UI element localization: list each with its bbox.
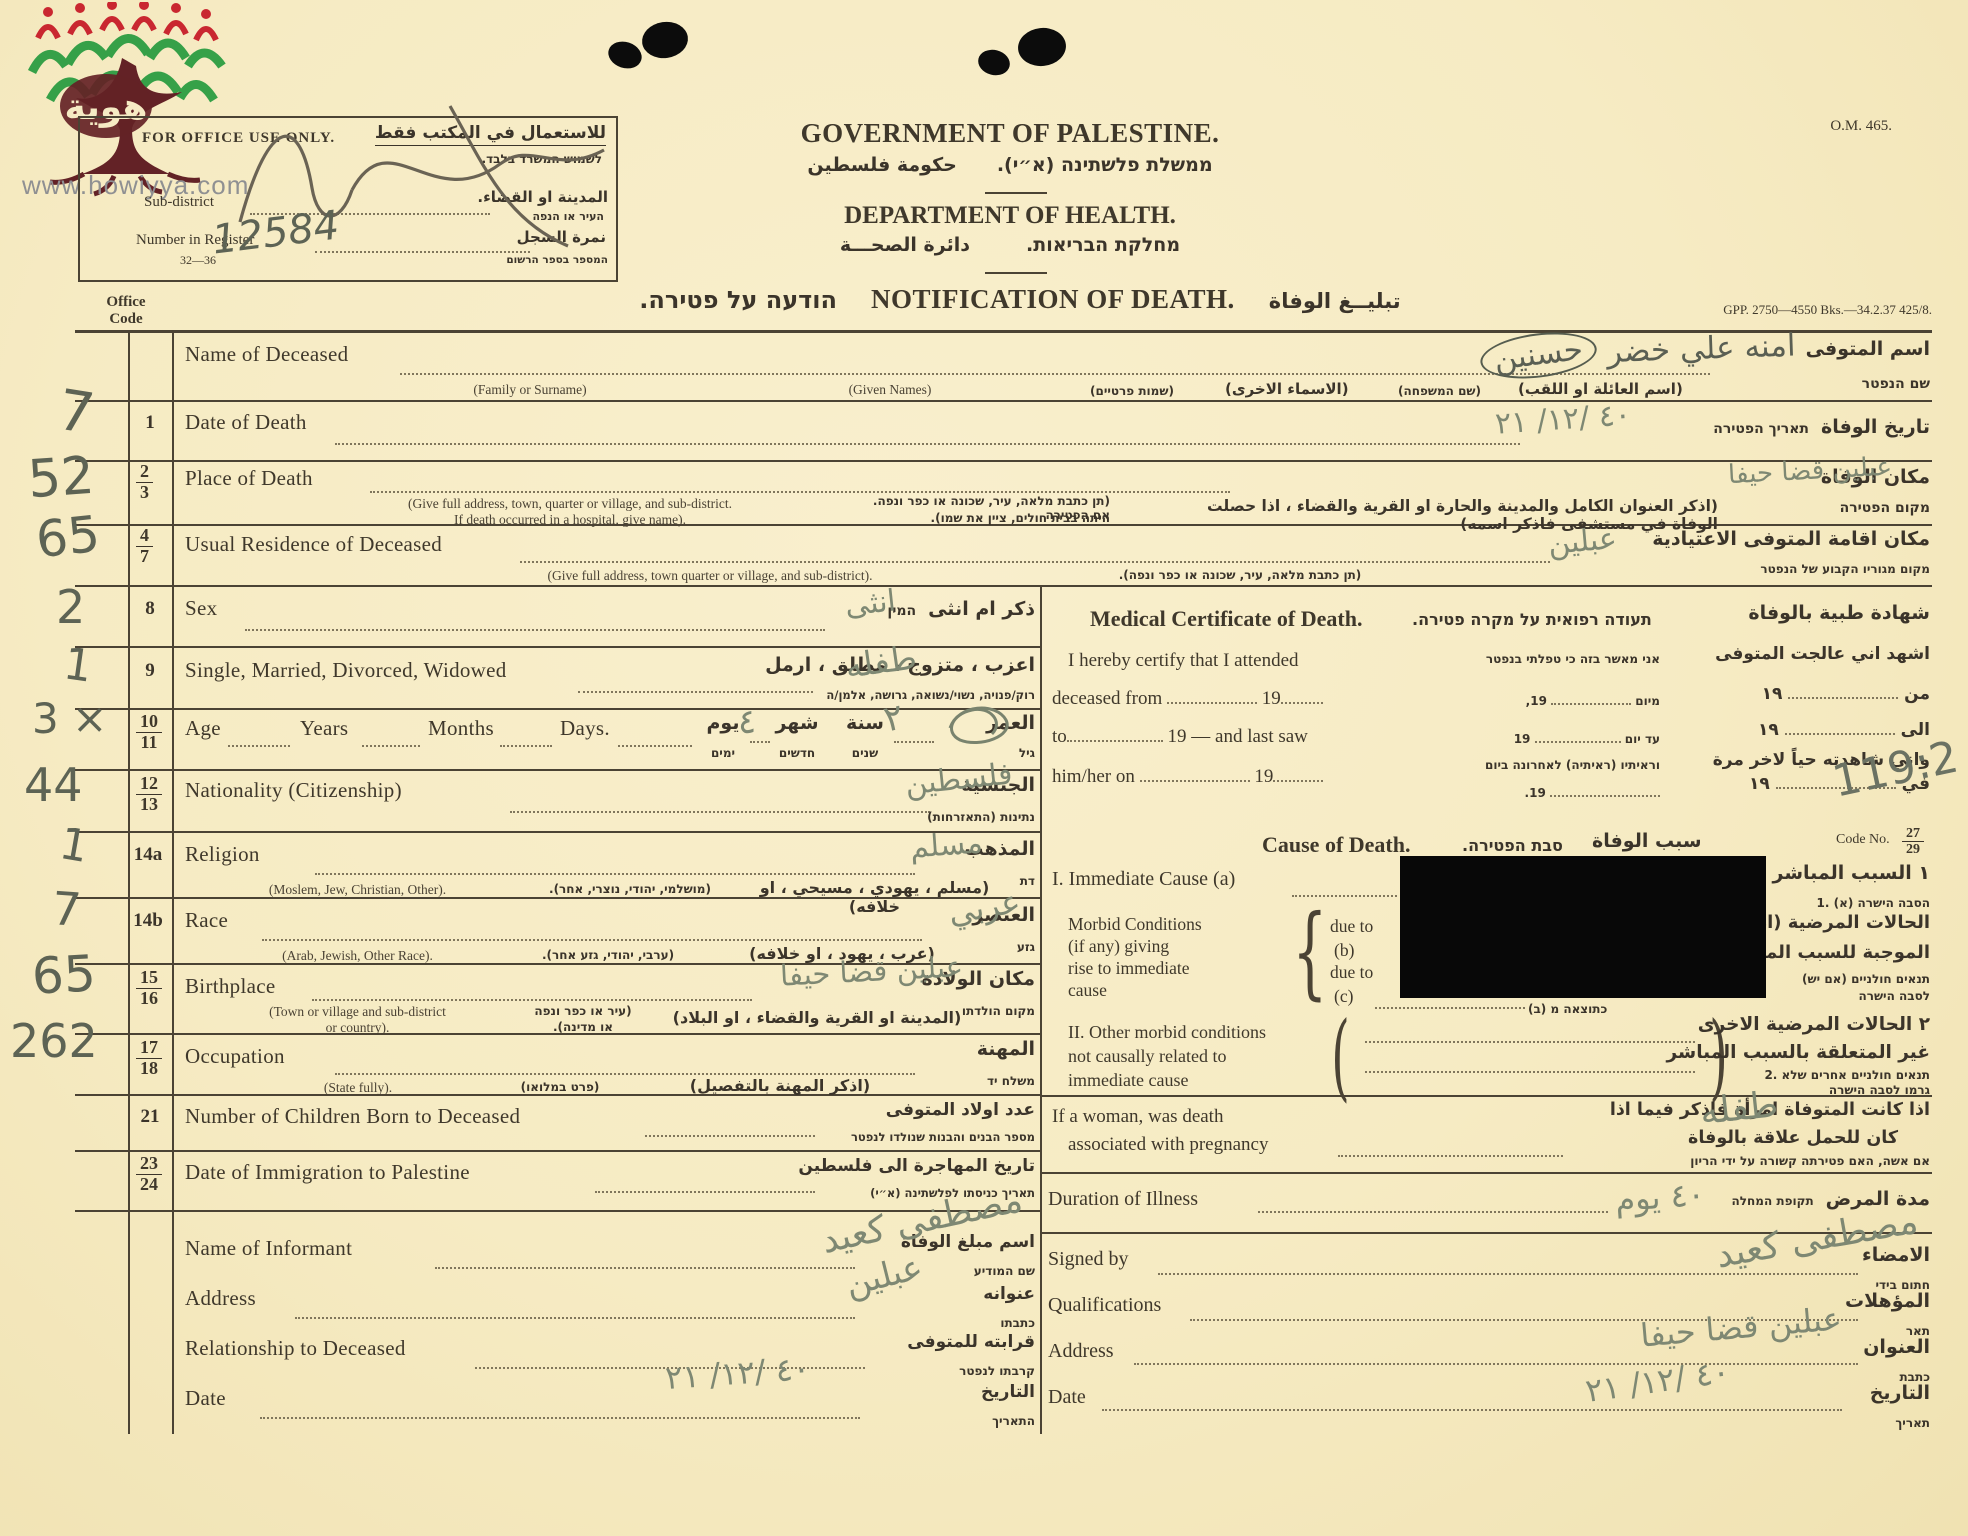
government-title-he: ממשלת פלשתינה (א״י). [997, 154, 1213, 176]
row-number-top: 17 [136, 1038, 162, 1059]
medical-year-19: 19 [1262, 688, 1281, 709]
occupation-label-ar: المهنة [977, 1038, 1035, 1060]
name-sub-given-ar: (الاسماء الاخرى) [1225, 380, 1349, 398]
redaction-box [1400, 856, 1766, 998]
informant-date-label-he: התאריך [992, 1414, 1035, 1428]
religion-sub-en: (Moslem, Jew, Christian, Other). [225, 882, 490, 898]
sex-field [245, 628, 825, 631]
age-months-label: Months [428, 716, 494, 741]
date-of-death-label: Date of Death [185, 410, 307, 435]
duration-value-handwriting: ٤٠ يوم [1614, 1175, 1706, 1219]
row-number: 9 [128, 660, 172, 682]
medical-year-19-ar: ١٩ [1749, 774, 1770, 794]
due-to-b-label: due to [1330, 916, 1373, 937]
cause-code-bottom: 29 [1906, 842, 1920, 857]
row-number-bottom: 3 [140, 483, 149, 503]
name-sub-given: (Given Names) [790, 382, 990, 398]
place-sub-he-2: היתה בבית חולים, ציין את שמו). [855, 511, 1110, 525]
other-morbid-label-2: not causally related to [1068, 1046, 1226, 1067]
table-line [75, 1150, 1042, 1152]
government-title-ar-he: حكومة فلسطين ממשלת פלשתינה (א״י). [560, 154, 1460, 176]
informant-name-field [435, 1266, 855, 1269]
row-number-bottom: 18 [140, 1059, 158, 1079]
cause-code-label: Code No. [1836, 832, 1890, 848]
row-number: 1011 [136, 712, 162, 753]
medical-year-19-he: 19 [1514, 732, 1531, 746]
race-field [262, 938, 922, 941]
government-title-ar: حكومة فلسطين [807, 154, 956, 176]
table-line [75, 769, 1042, 771]
punch-hole [640, 19, 691, 61]
table-line [75, 585, 1932, 587]
doctor-address-label: Address [1048, 1340, 1114, 1363]
religion-label: Religion [185, 842, 260, 867]
morbid-label-he-1: תנאים חולניים (אם יש) [1802, 972, 1930, 986]
due-to-c-label: due to [1330, 962, 1373, 983]
immigration-label-ar: تاريخ المهاجرة الى فلسطين [798, 1156, 1035, 1176]
result-he-label: כתוצאה מ (ב) [1528, 1002, 1607, 1016]
other-morbid-label-3: immediate cause [1068, 1070, 1188, 1091]
nationality-field [510, 810, 930, 813]
office-code-handwriting: 65 [31, 944, 98, 1005]
cause-title-he: סבת הפטירה. [1462, 836, 1563, 855]
medical-on-label: him/her on [1052, 766, 1135, 787]
occupation-sub-ar: (اذكر المهنة بالتفصيل) [660, 1076, 900, 1095]
name-value-main: امنه علي خضر [1606, 328, 1796, 371]
office-code-handwriting: 7 [50, 881, 83, 937]
scanned-death-notification-form: هوية www.howiyya.com FOR OFFICE USE ONLY… [0, 0, 1968, 1536]
residence-field [520, 560, 1550, 563]
form-reference-om: O.M. 465. [1830, 118, 1892, 135]
cause-title: Cause of Death. [1262, 832, 1411, 858]
informant-date-label: Date [185, 1386, 226, 1411]
other-morbid-label-he-1: תנאים חולניים אחרים שלא .2 [1764, 1068, 1930, 1082]
medical-title-he: תעודה רפואית על מקרה פטירה. [1412, 610, 1652, 629]
date-of-death-field [335, 442, 1520, 445]
due-to-c-field [1375, 1006, 1525, 1009]
name-sub-family: (Family or Surname) [430, 382, 630, 398]
nationality-label: Nationality (Citizenship) [185, 778, 402, 803]
row-number-bottom: 13 [140, 795, 158, 815]
residence-label-ar: مكان اقامة المتوفى الاعتيادية [1652, 528, 1930, 550]
nationality-label-he: נתינות (התאזרחות) [927, 810, 1035, 824]
date-of-death-label-rtl: תאריך הפטירה تاريخ الوفاة [1713, 416, 1930, 438]
morbid-label-1: Morbid Conditions [1068, 914, 1202, 935]
row-number-top: 15 [136, 968, 162, 989]
place-sub-en-1: (Give full address, town, quarter or vil… [335, 496, 805, 512]
row-number: 2324 [136, 1154, 162, 1195]
medical-to-line-ar: الى ١٩ [1758, 720, 1930, 740]
medical-year-19-he: 19, [1526, 694, 1547, 708]
doctor-date-label-ar: التاريخ [1870, 1382, 1930, 1404]
race-sub-en: (Arab, Jewish, Other Race). [235, 948, 480, 964]
office-code-handwriting: 7 [53, 378, 98, 448]
signed-by-field [1158, 1272, 1858, 1275]
row-number: 23 [136, 462, 153, 503]
name-value-circled: حسنين [1478, 326, 1600, 384]
signed-by-label: Signed by [1048, 1248, 1129, 1271]
row-number: 47 [136, 526, 153, 567]
informant-date-value-handwriting: ٤٠ /١٢/ ٢١ [664, 1349, 811, 1397]
place-of-death-field [370, 490, 1230, 493]
header-divider-2 [985, 272, 1047, 274]
office-code-label: Office Code [95, 294, 157, 329]
department-title-ar: دائرة الصحـــة [840, 234, 970, 256]
table-line [1040, 585, 1042, 1434]
medical-to-label: to [1052, 726, 1067, 747]
pregnancy-label-1: If a woman, was death [1052, 1106, 1223, 1128]
name-sub-given-he: (שמות פרטיים) [1090, 384, 1174, 398]
age-label: Age [185, 716, 221, 741]
table-line [75, 400, 1932, 402]
age-months-value-handwriting: ٤ [738, 702, 756, 742]
birthplace-field [312, 998, 752, 1001]
race-sub-he: (ערבי, יהודי, גזע אחר). [498, 948, 718, 962]
age-years-label: Years [300, 716, 348, 741]
religion-field [315, 872, 915, 875]
age-field [618, 744, 692, 747]
medical-from-line: deceased from 19 [1052, 688, 1323, 710]
immigration-label: Date of Immigration to Palestine [185, 1160, 470, 1185]
office-code-handwriting: 65 [33, 505, 102, 569]
medical-line1: I hereby certify that I attended [1068, 650, 1299, 672]
age-field [894, 740, 934, 743]
table-line [128, 330, 130, 1434]
row-number: 1213 [136, 774, 162, 815]
occupation-label-he: משלח יד [987, 1074, 1035, 1088]
government-title: GOVERNMENT OF PALESTINE. [560, 118, 1460, 149]
morbid-label-ar-1: الحالات المرضية (اذا [1752, 912, 1930, 933]
medical-year-19: 19 [1254, 766, 1273, 787]
row-number-bottom: 24 [140, 1175, 158, 1195]
header-divider [985, 192, 1047, 194]
other-morbid-label-ar-2: غير المتعلقة بالسبب المباشر [1667, 1042, 1930, 1063]
form-title-en: NOTIFICATION OF DEATH. [871, 284, 1235, 315]
row-number-top: 4 [136, 526, 153, 547]
sex-value-handwriting: انثى [843, 583, 897, 623]
row-number-bottom: 16 [140, 989, 158, 1009]
children-label-he: מספר הבנים והבנות שנולדו לנפטר [851, 1130, 1035, 1144]
cause-code-number: 2729 [1902, 826, 1924, 858]
medical-last-saw-label: and last saw [1215, 726, 1308, 747]
row-number: 14a [126, 844, 170, 866]
name-label-he: שם הנפטר [1862, 376, 1930, 392]
logo-figure-heads [43, 2, 211, 19]
pregnancy-value-handwriting: طفله [1698, 1084, 1780, 1133]
residence-label: Usual Residence of Deceased [185, 532, 442, 557]
qualifications-label-ar: المؤهلات [1845, 1290, 1930, 1312]
other-morbid-label-1: II. Other morbid conditions [1068, 1022, 1266, 1043]
pregnancy-label-he: אם אשה, האם פטירתה קשורה על ידי הריון [1690, 1154, 1930, 1168]
morbid-label-he-2: לסבה הישרה [1858, 989, 1930, 1003]
table-line [172, 330, 174, 1434]
religion-label-he: דת [1020, 874, 1035, 888]
punch-hole [1016, 26, 1068, 69]
pregnancy-label-2: associated with pregnancy [1068, 1134, 1268, 1156]
date-of-death-label-he: תאריך הפטירה [1713, 421, 1809, 437]
medical-from-label-he: מיום [1635, 694, 1660, 708]
print-reference-gpp: GPP. 2750—4550 Bks.—34.2.37 425/8. [1723, 302, 1932, 318]
informant-date-field [260, 1416, 860, 1419]
row-number-top: 12 [136, 774, 162, 795]
cause-code-top: 27 [1902, 826, 1924, 842]
row-number: 21 [128, 1106, 172, 1128]
office-code-handwriting: 1 [61, 638, 96, 692]
age-days-label: Days. [560, 716, 610, 741]
medical-line1-ar: اشهد اني عالجت المتوفى [1715, 644, 1930, 664]
relationship-label: Relationship to Deceased [185, 1336, 406, 1361]
row-number-bottom: 7 [140, 547, 149, 567]
medical-year-19-ar: ١٩ [1762, 684, 1783, 704]
marital-value-handwriting: طفله [843, 637, 919, 686]
office-code-handwriting: 1 [56, 818, 92, 873]
office-code-handwriting: 3 × [32, 694, 107, 743]
birthplace-sub-he-2: או מדינה). [498, 1020, 668, 1034]
birthplace-label: Birthplace [185, 974, 275, 999]
medical-year-19-ar: ١٩ [1758, 720, 1779, 740]
residence-value-handwriting: عبلين [1547, 521, 1619, 562]
medical-from-label-ar: من [1904, 684, 1930, 704]
row-number: 14b [126, 910, 170, 932]
table-line [75, 831, 1042, 833]
department-title: DEPARTMENT OF HEALTH. [560, 202, 1460, 230]
morbid-label-4: cause [1068, 980, 1107, 1001]
medical-to-line-he: עד יום 19 [1514, 728, 1660, 746]
occupation-label: Occupation [185, 1044, 285, 1069]
birthplace-sub-he-1: (עיר או כפר ונפה [498, 1004, 668, 1018]
morbid-label-2: (if any) giving [1068, 936, 1169, 957]
informant-name-label-he: שם המודיע [974, 1264, 1035, 1278]
children-label: Number of Children Born to Deceased [185, 1104, 520, 1129]
age-field [362, 744, 420, 747]
race-label-he: גזע [1017, 940, 1035, 954]
other-morbid-field [1365, 1070, 1695, 1073]
age-field [500, 744, 552, 747]
doctor-date-field [1102, 1408, 1842, 1411]
occupation-sub-en: (State fully). [268, 1080, 448, 1096]
informant-date-label-ar: التاريخ [981, 1382, 1035, 1402]
immediate-cause-label-he: הסבה הישרה (א) .1 [1817, 896, 1930, 910]
age-scribble-handwriting [938, 698, 1020, 750]
doctor-date-value-handwriting: ٤٠ /١٢/ ٢١ [1583, 1352, 1732, 1410]
doctor-date-label-he: תאריך [1895, 1416, 1930, 1430]
age-label-he: גיל [1019, 746, 1035, 760]
pregnancy-field [1338, 1154, 1563, 1157]
medical-year-19-he: 19. [1525, 786, 1546, 800]
other-morbid-label-he-2: גרמו לסבה הישרה [1829, 1083, 1930, 1097]
other-morbid-label-ar-1: ٢ الحالات المرضية الاخرى [1698, 1014, 1930, 1035]
informant-address-label-he: כתבתו [1000, 1316, 1035, 1330]
date-of-death-label-ar: تاريخ الوفاة [1821, 416, 1930, 438]
department-title-he: מחלקת הבריאות. [1026, 234, 1180, 256]
place-of-death-label: Place of Death [185, 466, 313, 491]
children-label-ar: عدد اولاد المتوفى [886, 1100, 1035, 1120]
doctor-address-field [1134, 1362, 1858, 1365]
medical-code-handwriting: 119:2 [1828, 731, 1963, 807]
form-title-ar: تبليــغ الوفاة [1269, 289, 1401, 313]
sex-label-ar: ذكر ام انثى [928, 598, 1035, 620]
punch-hole [605, 37, 645, 72]
other-morbid-field [1365, 1040, 1695, 1043]
birthplace-label-he: מקום הולדתו [962, 1004, 1035, 1018]
medical-on-line-he-2: 19. [1525, 782, 1660, 800]
informant-address-label: Address [185, 1286, 256, 1311]
duration-label-he: תקופת המחלה [1732, 1194, 1814, 1208]
children-field [645, 1134, 815, 1137]
relationship-label-he: קרבתו לנפטר [959, 1364, 1035, 1378]
marital-field [578, 690, 813, 693]
birthplace-sub-ar: (المدينة او القرية والقضاء ، او البلاد) [672, 1008, 962, 1027]
birthplace-sub-en-1: (Town or village and sub-district [225, 1004, 490, 1020]
residence-sub-en: (Give full address, town quarter or vill… [490, 568, 930, 584]
date-of-death-value-handwriting: ٤٠ /١٢/ ٢١ [1494, 397, 1632, 441]
medical-to-line: to 19 — and last saw [1052, 726, 1308, 748]
name-label: Name of Deceased [185, 342, 348, 367]
row-number: 1 [128, 412, 172, 434]
residence-sub-he: (תן כתבת מלאה, עיר, שכונה או כפר ונפה). [1075, 568, 1405, 582]
informant-address-label-ar: عنوانه [983, 1284, 1035, 1304]
age-month-ar: شهر [772, 712, 822, 734]
department-title-ar-he: دائرة الصحـــة מחלקת הבריאות. [560, 234, 1460, 256]
religion-value-handwriting: مسلم [909, 826, 984, 866]
name-sub-family-he: (שם המשפחה) [1398, 384, 1481, 398]
medical-on-line-he-1: וראיתיו (ראיתיה) לאחרונה ביום [1485, 758, 1660, 772]
age-month-he: חדשים [772, 746, 822, 760]
brace-icon: { [1292, 906, 1327, 998]
immigration-field [595, 1190, 815, 1193]
medical-from-line-he: מיום 19, [1526, 690, 1660, 708]
b-label: (b) [1334, 940, 1354, 961]
sex-label: Sex [185, 596, 217, 621]
doctor-date-label: Date [1048, 1386, 1086, 1409]
form-title-he: הודעה על פטירה. [639, 286, 837, 314]
medical-to-label-he: עד יום [1625, 732, 1660, 746]
row-number: 1718 [136, 1038, 162, 1079]
marital-label: Single, Married, Divorced, Widowed [185, 658, 507, 683]
office-code-handwriting: 2 [56, 580, 85, 634]
place-of-death-label-he: מקום הפטירה [1840, 500, 1930, 516]
place-sub-en-2: If death occurred in a hospital, give na… [335, 512, 805, 528]
medical-title-ar: شهادة طبية بالوفاة [1748, 602, 1930, 624]
age-year-he: שנים [840, 746, 890, 760]
cause-title-ar: سبب الوفاة [1592, 830, 1702, 852]
relationship-label-ar: قرابته للمتوفى [907, 1332, 1035, 1352]
form-title: הודעה על פטירה. NOTIFICATION OF DEATH. ت… [540, 284, 1500, 315]
office-code-handwriting: 52 [26, 446, 96, 510]
race-label: Race [185, 908, 228, 933]
medical-on-line: him/her on 19 [1052, 766, 1323, 788]
duration-label: Duration of Illness [1048, 1188, 1198, 1211]
occupation-sub-he: (פרט במלואו) [470, 1080, 650, 1094]
doctor-address-value-handwriting: عبلين قضا حيفا [1639, 1299, 1843, 1354]
doctor-address-label-ar: العنوان [1863, 1336, 1930, 1358]
informant-address-field [295, 1316, 855, 1319]
age-day-he: ימים [700, 746, 746, 760]
table-line [1040, 1172, 1932, 1174]
row-number: 1516 [136, 968, 162, 1009]
medical-from-label: deceased from [1052, 688, 1162, 709]
row-number-bottom: 11 [140, 733, 157, 753]
medical-line1-he: אני מאשר בזה כי טפלתי בנפטר [1486, 652, 1660, 666]
duration-field [1258, 1210, 1608, 1213]
qualifications-label: Qualifications [1048, 1294, 1161, 1317]
medical-from-line-ar: من ١٩ [1762, 684, 1930, 704]
immediate-cause-label: I. Immediate Cause (a) [1052, 868, 1235, 891]
row-number-top: 2 [136, 462, 153, 483]
residence-label-he: מקום מגוריו הקבוע של הנפטר [1760, 562, 1930, 576]
table-line [75, 460, 1932, 462]
medical-title: Medical Certificate of Death. [1090, 606, 1362, 632]
punch-hole [975, 47, 1012, 79]
row-number-top: 23 [136, 1154, 162, 1175]
row-number: 8 [128, 598, 172, 620]
office-code-handwriting: 262 [10, 1014, 98, 1068]
name-label-ar: اسم المتوفى [1806, 338, 1930, 360]
name-sub-family-ar: (اسم العائلة او اللقب) [1518, 380, 1683, 398]
occupation-field [335, 1072, 915, 1075]
religion-sub-he: (מושלמי, יהודי, נוצרי, אחר). [515, 882, 745, 896]
informant-name-label: Name of Informant [185, 1236, 352, 1261]
medical-year-19: 19 [1168, 726, 1187, 747]
place-sub-ar: (اذكر العنوان الكامل والمدينة والحارة او… [1158, 497, 1718, 533]
office-code-handwriting: 44 [24, 758, 83, 812]
row-number-top: 10 [136, 712, 162, 733]
table-line [1040, 1095, 1932, 1097]
age-field [228, 744, 290, 747]
sex-label-rtl: המין ذكر ام انثى [887, 598, 1035, 620]
morbid-label-3: rise to immediate [1068, 958, 1190, 979]
brace-icon: ( [1331, 1014, 1350, 1100]
birthplace-sub-en-2: or country). [225, 1020, 490, 1036]
